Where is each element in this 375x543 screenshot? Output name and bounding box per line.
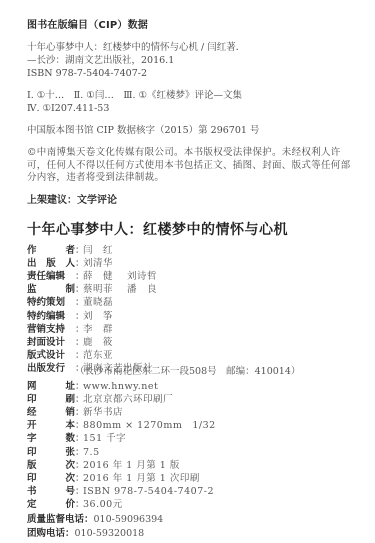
credit-value: 闫 红: [83, 245, 113, 257]
spec-label-char: 网: [27, 381, 37, 393]
spec-row: 经销：新华书店: [27, 407, 123, 419]
spec-value: 2016 年 1 月第 1 版: [83, 460, 180, 472]
credit-row: 特约编辑：刘 筝: [27, 311, 113, 323]
spec-label: 印刷: [27, 394, 75, 406]
spec-value: 151 千字: [83, 433, 126, 445]
credit-label-char: 出版发行: [27, 363, 65, 375]
shelf-label: 上架建议：: [27, 195, 77, 206]
spec-label: 书号: [27, 486, 75, 498]
credit-label-char: 特约编辑: [27, 311, 65, 323]
credit-label-char: 人: [65, 258, 75, 270]
colon: ：: [75, 460, 83, 472]
spec-label-char: 版: [27, 460, 37, 472]
colon: ：: [75, 473, 83, 485]
colon: ：: [75, 447, 83, 459]
contact-phone: 010-59320018: [75, 528, 145, 539]
spec-label-char: 址: [65, 381, 75, 393]
spec-row: 定价：36.00元: [27, 499, 123, 511]
spec-value: www.hnwy.net: [83, 381, 158, 393]
spec-label: 印次: [27, 473, 75, 485]
cip-title-line: 十年心事梦中人：红楼梦中的情怀与心机 / 闫红著．: [27, 42, 245, 54]
spec-label-char: 印: [27, 394, 37, 406]
credit-label: 版式设计: [27, 350, 75, 362]
cip-heading: 图书在版编目（CIP）数据: [27, 20, 148, 32]
cip-publisher-line: —长沙：湖南文艺出版社，2016.1: [27, 55, 174, 67]
colon: ：: [75, 407, 83, 419]
copyright-notice: ©中南博集天卷文化传媒有限公司。本书版权受法律保护。未经权利人许可，任何人不得以…: [27, 147, 357, 185]
colon: ：: [75, 486, 83, 498]
credit-value-secondary: 潘 良: [127, 284, 157, 296]
spec-label-char: 张: [65, 447, 75, 459]
spec-value: 2016 年 1 月第 1 次印刷: [83, 473, 200, 485]
credit-value: 李 群: [83, 324, 113, 336]
spec-row: 开本：880mm × 1270mm 1/32: [27, 420, 216, 432]
shelf-suggestion: 上架建议：文学评论: [27, 195, 117, 207]
spec-row: 字数：151 千字: [27, 433, 126, 445]
credit-row: 监制：蔡明菲潘 良: [27, 284, 157, 296]
credit-label-char: 制: [65, 284, 75, 296]
credit-value: 薛 健: [83, 271, 113, 283]
colon: ：: [75, 324, 83, 336]
spec-label: 经销: [27, 407, 75, 419]
spec-value: 880mm × 1270mm 1/32: [83, 420, 216, 432]
spec-row: 印次：2016 年 1 月第 1 次印刷: [27, 473, 200, 485]
contact-label: 质量监督电话：: [27, 514, 94, 525]
colon: ：: [75, 311, 83, 323]
credit-value: 刘清华: [83, 258, 113, 270]
spec-label: 定价: [27, 499, 75, 511]
spec-label-char: 印: [27, 447, 37, 459]
spec-label-char: 数: [65, 433, 75, 445]
credit-row: 封面设计：鹿 筱: [27, 337, 113, 349]
spec-value: 新华书店: [83, 407, 123, 419]
spec-label-char: 印: [27, 473, 37, 485]
credit-value: 蔡明菲: [83, 284, 113, 296]
credit-label: 监制: [27, 284, 75, 296]
spec-label: 版次: [27, 460, 75, 472]
spec-label-char: 字: [27, 433, 37, 445]
colon: ：: [75, 337, 83, 349]
spec-label-char: 销: [65, 407, 75, 419]
shelf-value: 文学评论: [77, 195, 117, 206]
colon: ：: [75, 245, 83, 257]
spec-value: 36.00元: [83, 499, 123, 511]
colon: ：: [75, 284, 83, 296]
spec-row: 书号：ISBN 978-7-5404-7407-2: [27, 486, 214, 498]
spec-value: 北京京都六环印刷厂: [83, 394, 173, 406]
colon: ：: [75, 381, 83, 393]
colon: ：: [75, 433, 83, 445]
credit-label: 特约策划: [27, 297, 75, 309]
colon: ：: [75, 271, 83, 283]
colon: ：: [75, 350, 83, 362]
book-title: 十年心事梦中人：红楼梦中的情怀与心机: [27, 221, 288, 239]
publisher-address: （长沙市雨花区东二环一段508号 邮编：410014）: [75, 366, 300, 378]
credit-label-char: 版式设计: [27, 350, 65, 362]
colon: ：: [75, 394, 83, 406]
credit-row: 特约策划：董晓磊: [27, 297, 113, 309]
credit-row: 版式设计：范东亚: [27, 350, 113, 362]
spec-row: 版次：2016 年 1 月第 1 版: [27, 460, 180, 472]
spec-label-char: 价: [65, 499, 75, 511]
spec-label: 印张: [27, 447, 75, 459]
colon: ：: [75, 499, 83, 511]
spec-label-char: 次: [65, 460, 75, 472]
spec-row: 网址：www.hnwy.net: [27, 381, 158, 393]
credit-label-char: 封面设计: [27, 337, 65, 349]
spec-label-char: 经: [27, 407, 37, 419]
contact-label: 团购电话：: [27, 528, 75, 539]
contact-phone: 010-59096394: [94, 514, 164, 525]
spec-label: 字数: [27, 433, 75, 445]
colon: ：: [75, 420, 83, 432]
credit-value: 范东亚: [83, 350, 113, 362]
quality-hotline: 质量监督电话：010-59096394: [27, 514, 163, 526]
colon: ：: [75, 297, 83, 309]
credit-value-secondary: 刘诗哲: [127, 271, 157, 283]
cip-classification-line-2: Ⅳ. ①I207.411-53: [27, 103, 109, 115]
spec-label: 开本: [27, 420, 75, 432]
credit-value: 鹿 筱: [83, 337, 113, 349]
credit-row: 出版人：刘清华: [27, 258, 113, 270]
credit-value: 刘 筝: [83, 311, 113, 323]
colon: ：: [75, 258, 83, 270]
spec-row: 印张：7.5: [27, 447, 100, 459]
credit-label: 出版人: [27, 258, 75, 270]
credit-label-char: 版: [46, 258, 56, 270]
credit-row: 作者：闫 红: [27, 245, 113, 257]
spec-label-char: 刷: [65, 394, 75, 406]
credit-label-char: 出: [27, 258, 37, 270]
credit-label: 出版发行: [27, 363, 75, 375]
credit-label-char: 作: [27, 245, 37, 257]
spec-label: 网址: [27, 381, 75, 393]
cip-verification-number: 中国版本图书馆 CIP 数据核字（2015）第 296701 号: [27, 125, 259, 137]
cip-isbn-line: ISBN 978-7-5404-7407-2: [27, 68, 147, 80]
credit-label-char: 责任编辑: [27, 271, 65, 283]
spec-value: 7.5: [83, 447, 100, 459]
credit-label-char: 监: [27, 284, 37, 296]
credit-label: 特约编辑: [27, 311, 75, 323]
spec-row: 印刷：北京京都六环印刷厂: [27, 394, 173, 406]
credit-label: 封面设计: [27, 337, 75, 349]
credit-value: 董晓磊: [83, 297, 113, 309]
credit-row: 责任编辑：薛 健刘诗哲: [27, 271, 157, 283]
spec-label-char: 书: [27, 486, 37, 498]
credit-label: 作者: [27, 245, 75, 257]
credit-label: 责任编辑: [27, 271, 75, 283]
spec-label-char: 开: [27, 420, 37, 432]
spec-label-char: 次: [65, 473, 75, 485]
spec-label-char: 号: [65, 486, 75, 498]
credit-label-char: 营销支持: [27, 324, 65, 336]
credit-label: 营销支持: [27, 324, 75, 336]
spec-value: ISBN 978-7-5404-7407-2: [83, 486, 214, 498]
spec-label-char: 本: [65, 420, 75, 432]
group-purchase-hotline: 团购电话：010-59320018: [27, 528, 144, 540]
cip-classification-line-1: Ⅰ. ①十… Ⅱ. ①闫… Ⅲ. ①《红楼梦》评论—文集: [27, 90, 242, 102]
spec-label-char: 定: [27, 499, 37, 511]
credit-label-char: 者: [65, 245, 75, 257]
credit-row: 营销支持：李 群: [27, 324, 113, 336]
credit-label-char: 特约策划: [27, 297, 65, 309]
